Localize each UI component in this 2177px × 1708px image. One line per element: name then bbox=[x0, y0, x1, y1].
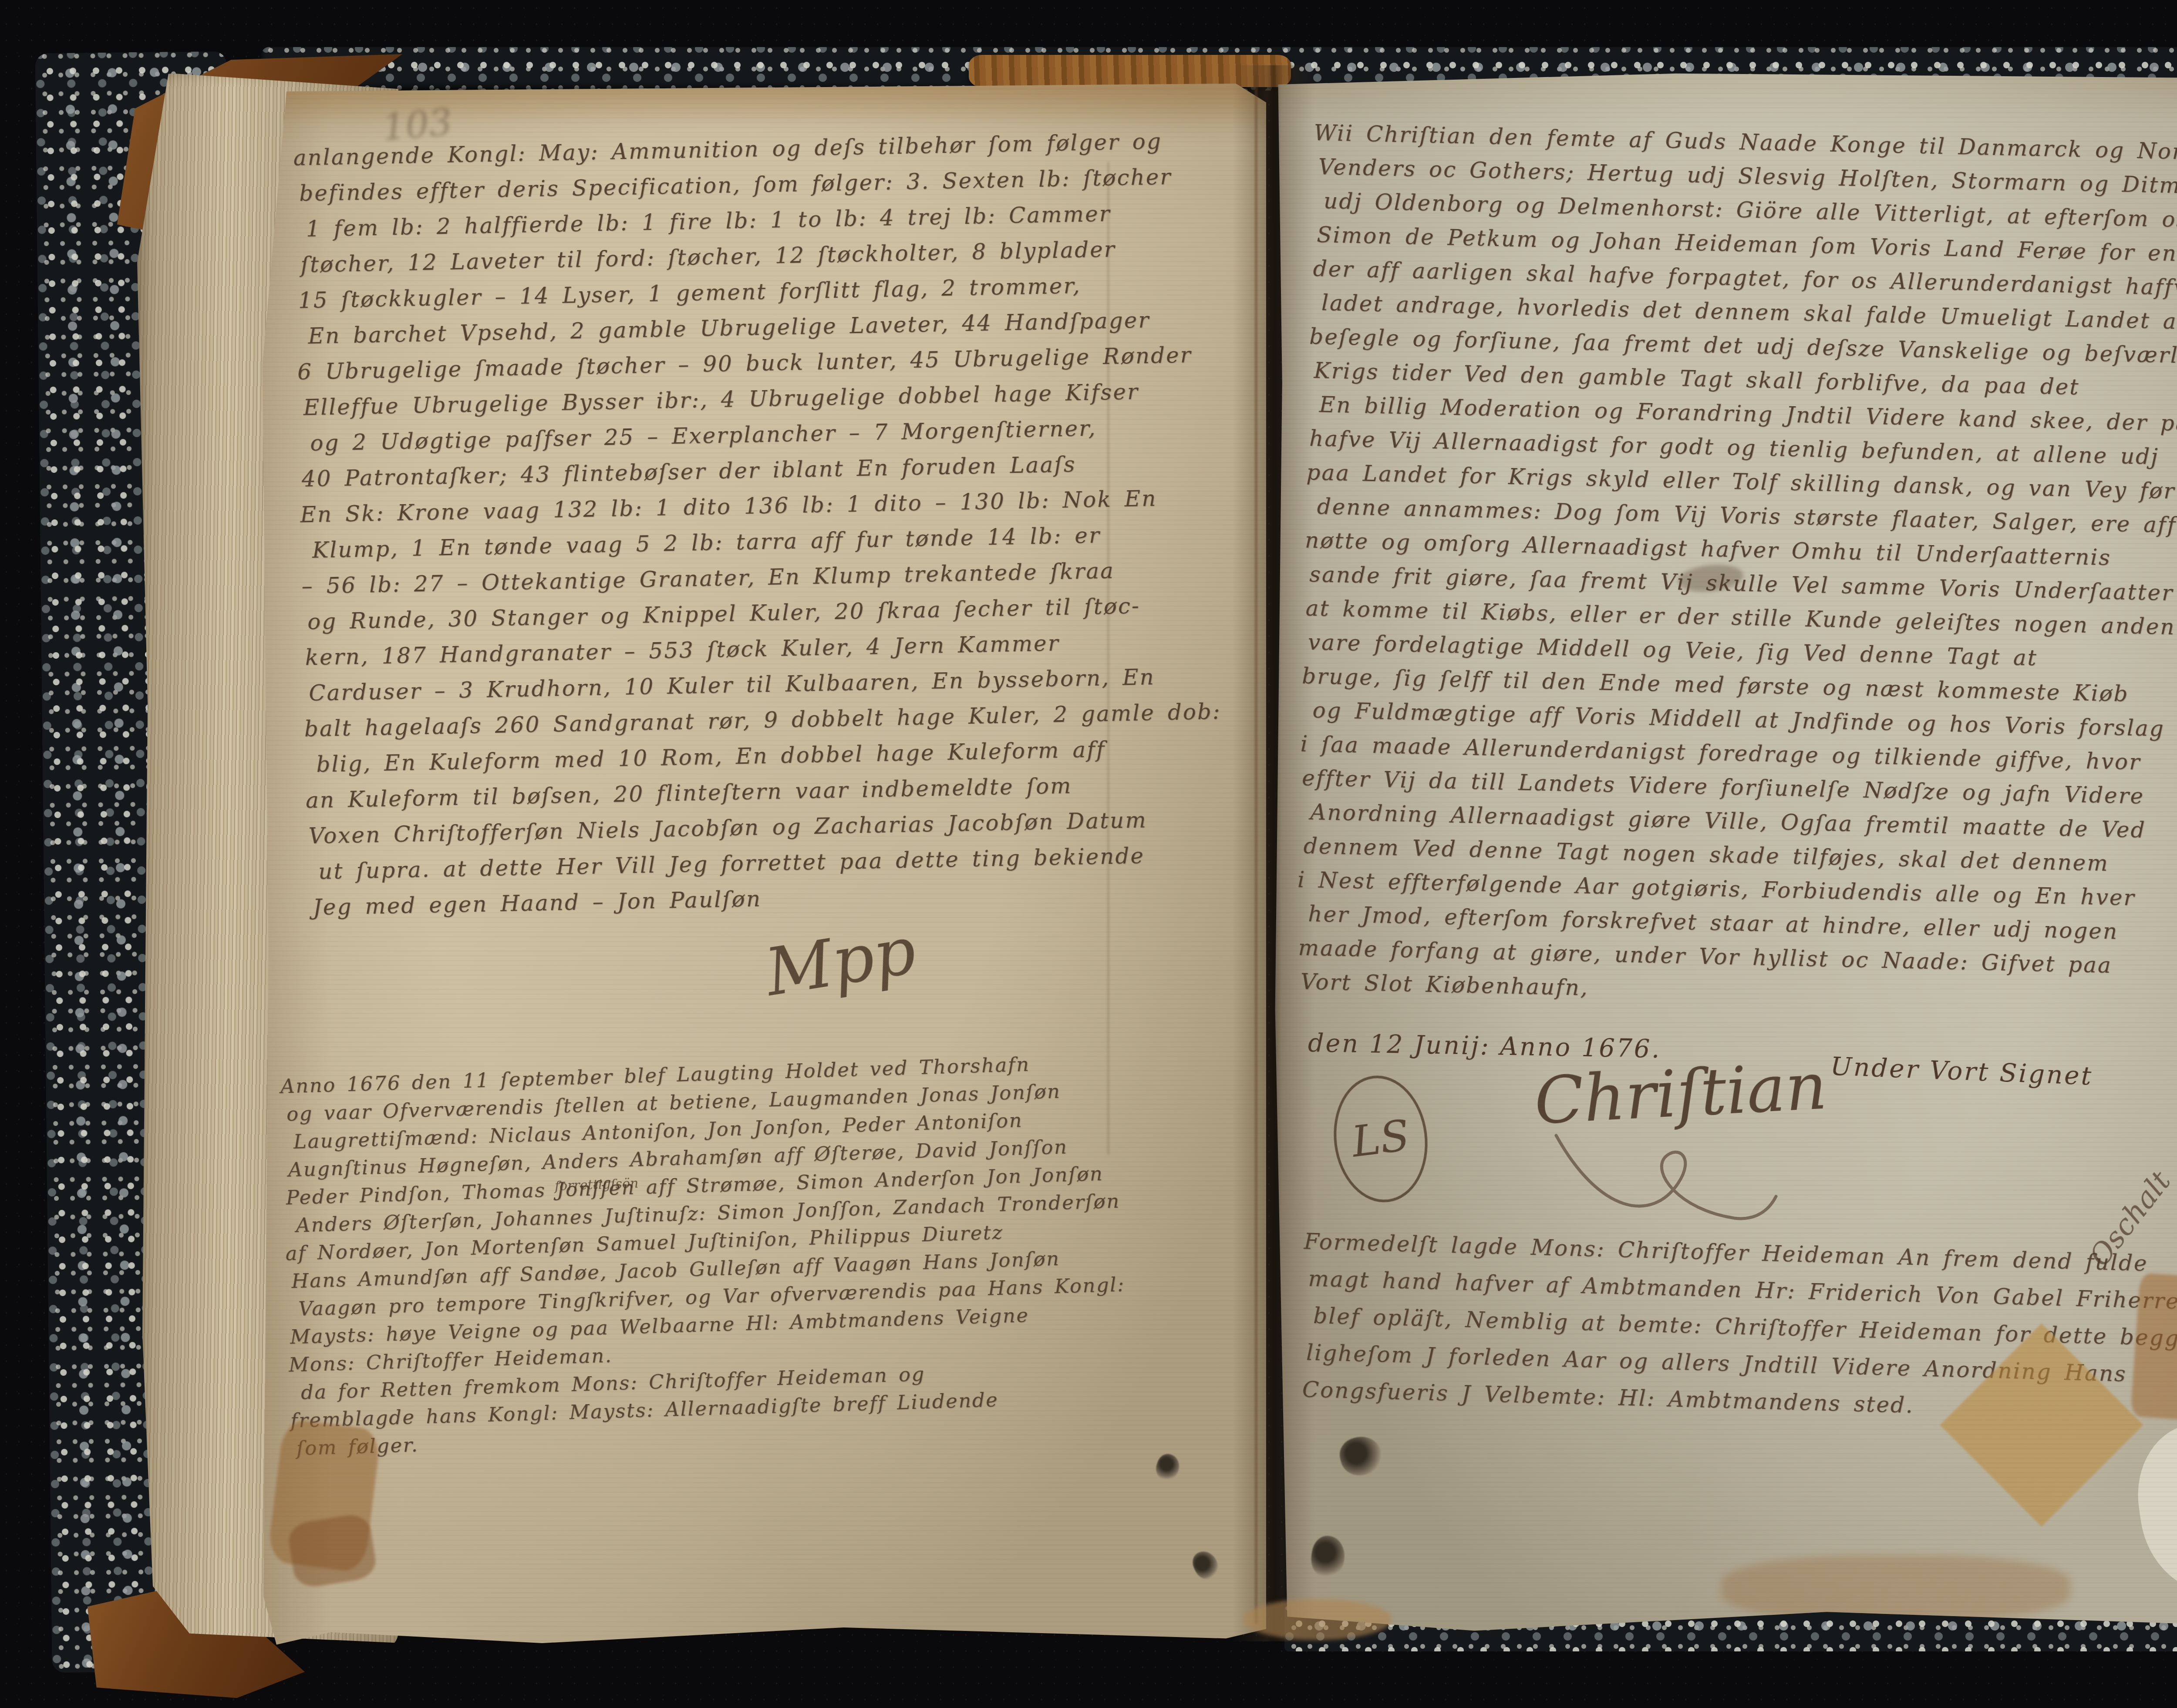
signet-line: Under Vort Signet bbox=[1830, 1051, 2093, 1091]
royal-letter-paragraph: Wii Chriſtian den femte af Guds Naade Ko… bbox=[1295, 116, 2177, 1020]
court-session-paragraph: Anno 1676 den 11 ſeptember blef Laugting… bbox=[280, 1044, 1266, 1463]
stain bbox=[286, 1512, 378, 1590]
inventory-paragraph: anlangende Kongl: May: Ammunition og deſ… bbox=[293, 121, 1266, 926]
stain bbox=[1722, 1556, 2070, 1621]
right-page: 165 Wii Chriſtian den femte af Guds Naad… bbox=[1273, 69, 2177, 1637]
fold-crease bbox=[1255, 74, 1257, 1624]
left-page: 103 anlangende Kongl: May: Ammunition og… bbox=[260, 84, 1266, 1651]
seal-mark: LS bbox=[1327, 1070, 1435, 1208]
signature-flourish-icon bbox=[1543, 1122, 1787, 1227]
witness-paraph: Mpp bbox=[761, 913, 921, 1011]
repair-patch bbox=[2128, 1413, 2177, 1601]
dateline: den 12 Junij: Anno 1676. bbox=[1308, 1029, 1661, 1064]
headband bbox=[969, 55, 1291, 87]
seal-label: LS bbox=[1349, 1111, 1412, 1167]
closing-paragraph: Formedelſt lagde Mons: Chriſtoffer Heide… bbox=[1300, 1223, 2177, 1433]
